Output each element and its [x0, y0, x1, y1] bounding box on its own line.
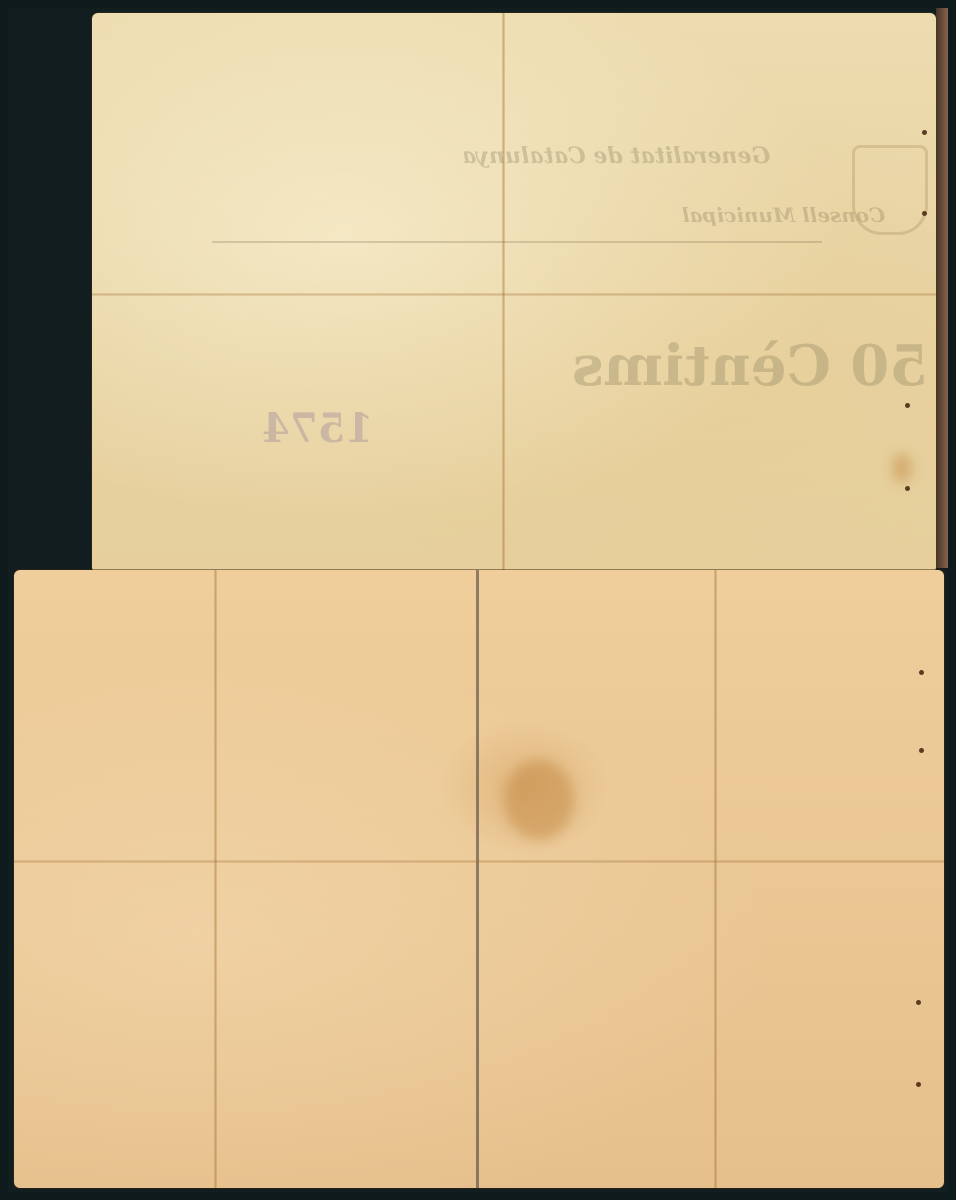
vertical-fold	[714, 570, 717, 1188]
banknote-top-reverse: Generalitat de Catalunya Consell Municip…	[92, 13, 936, 573]
horizontal-fold	[14, 860, 944, 863]
pin-hole	[919, 748, 924, 753]
center-fold	[476, 570, 479, 1188]
pin-hole	[905, 486, 910, 491]
pin-hole	[916, 1082, 921, 1087]
vertical-fold	[214, 570, 217, 1188]
stain	[892, 453, 912, 483]
ghost-rule-line	[212, 241, 822, 243]
ghost-value-text: 50 Cèntims	[572, 333, 928, 399]
pin-hole	[922, 130, 927, 135]
banknote-bottom-reverse	[14, 570, 944, 1188]
ghost-serial-number: 1574	[262, 405, 373, 452]
stain	[504, 760, 574, 840]
horizontal-fold	[92, 293, 936, 296]
pin-hole	[905, 403, 910, 408]
ghost-header-text: Generalitat de Catalunya	[462, 143, 770, 169]
pin-hole	[916, 1000, 921, 1005]
edge-light-glare	[936, 8, 948, 568]
pin-hole	[922, 211, 927, 216]
pin-hole	[919, 670, 924, 675]
ghost-subheader-text: Consell Municipal	[682, 203, 885, 227]
